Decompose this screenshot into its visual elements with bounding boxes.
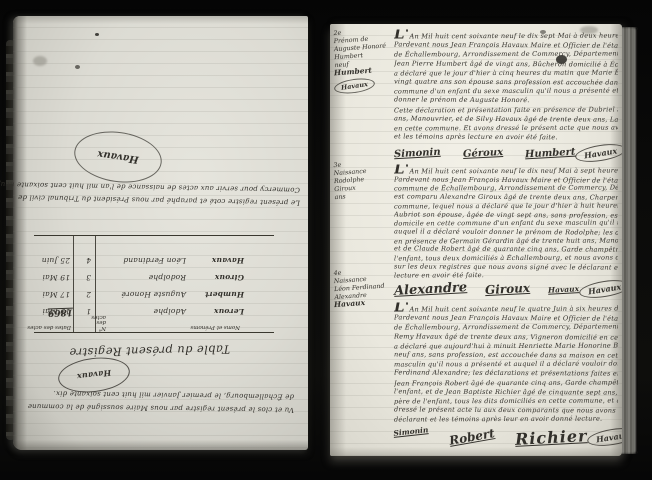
certification-line: Commercy pour servir aux actes de naissa…: [0, 179, 300, 194]
margin-note-act2: 2ePrénom deAuguste HonoréHumbertneuf Hum…: [334, 28, 396, 93]
table-row: Leroux Adolphe 1 19 Mai: [34, 301, 274, 316]
left-page: Vu et clos le présent registre par nous …: [13, 16, 308, 450]
signatures: SimoninRobertRichier: [394, 428, 587, 447]
birth-act-record: L'An Mil huit cent soixante neuf le dix …: [394, 29, 618, 142]
margin-note-lines: 3eNaissanceRodolpheGirouxans: [333, 159, 396, 201]
signature: Richier: [514, 426, 587, 449]
page-fore-edge: [622, 27, 638, 454]
index-table: Noms et Prénoms N° des actes Dates des a…: [34, 235, 274, 333]
record-line: Ferdinand Alexandre; les déclarations et…: [394, 369, 618, 379]
table-cell-date: 17 Mai: [42, 290, 70, 299]
signature: Humbert: [524, 146, 575, 160]
margin-note-lines: 4eNaissanceLéon FerdinandAlexandre: [333, 267, 396, 301]
margin-oval-signature: Havaux: [333, 76, 376, 96]
margin-signature: Humbert: [334, 67, 372, 78]
table-row: Humbert Auguste Honoré 2 17 Mai: [34, 284, 274, 299]
birth-act-record: L'An Mil huit cent soixante neuf le dix …: [394, 164, 618, 280]
signature: Géroux: [462, 146, 503, 159]
table-cell-date: 19 Mai: [42, 273, 70, 282]
table-cell-numero: 1: [86, 307, 91, 316]
signature: Robert: [448, 426, 496, 448]
margin-note-act4: 4eNaissanceLéon FerdinandAlexandre Havau…: [334, 268, 396, 309]
judge-flourish-signature: Havaux: [71, 126, 165, 188]
table-cell-nom: Leroux: [214, 307, 244, 316]
signature: Simonin: [393, 425, 429, 438]
table-cell-nom: Havaux: [212, 256, 244, 265]
table-cell-prenoms: Rodolphe: [148, 273, 186, 282]
table-title: Table du présent Registre: [69, 342, 230, 359]
margin-note-act3: 3eNaissanceRodolpheGirouxans: [334, 160, 396, 200]
left-page-rotated-content: Vu et clos le présent registre par nous …: [13, 16, 308, 450]
table-cell-numero: 4: [86, 256, 91, 265]
closing-note-line: Vu et clos le présent registre par nous …: [28, 401, 295, 414]
margin-note-lines: 2ePrénom deAuguste HonoréHumbertneuf: [333, 27, 396, 69]
column-header-names: Noms et Prénoms: [190, 324, 240, 330]
signature-row: SimoninGérouxHumbert Havaux: [394, 142, 618, 164]
table-cell-nom: Giroux: [215, 273, 244, 282]
record-line: de Échallembourg, Arrondissement de Comm…: [394, 50, 618, 60]
signature: Giroux: [485, 281, 531, 297]
table-cell-nom: Humbert: [205, 290, 244, 299]
signature: Simonin: [394, 146, 441, 159]
certification-line: Le présent registre coté et paraphé par …: [18, 192, 300, 206]
table-cell-numero: 2: [86, 290, 91, 299]
table-cell-numero: 3: [86, 273, 91, 282]
signature-row: AlexandreGirouxHavaux Havaux: [394, 277, 618, 301]
table-cell-prenoms: Auguste Honoré: [121, 290, 186, 299]
table-cell-prenoms: Léon Ferdinand: [123, 256, 186, 265]
signatures: AlexandreGirouxHavaux: [394, 282, 579, 297]
table-cell-prenoms: Adolphe: [153, 307, 186, 316]
signature-row: SimoninRobertRichier Havaux: [394, 424, 618, 450]
signature: Havaux: [548, 284, 580, 295]
birth-act-record: L'An Mil huit cent soixante neuf le quat…: [394, 302, 618, 425]
column-header-act-dates: Dates des actes: [27, 324, 71, 330]
record-line: L'An Mil huit cent soixante neuf le dix …: [394, 164, 618, 177]
record-line: donner le prénom de Auguste Honoré.: [394, 96, 618, 106]
record-line: commune, lequel nous a déclaré que le jo…: [394, 201, 618, 211]
margin-signature: Havaux: [334, 299, 366, 309]
table-cell-date: 25 Juin: [42, 256, 70, 265]
mayor-oval-signature: Havaux: [574, 141, 627, 165]
table-row: Giroux Rodolphe 3 19 Mai: [34, 267, 274, 282]
signature: Alexandre: [394, 280, 468, 299]
table-row: Havaux Léon Ferdinand 4 25 Juin: [34, 250, 274, 265]
table-cell-date: 19 Mai: [42, 307, 70, 316]
record-line: de Échallembourg, Arrondissement de Comm…: [394, 323, 618, 333]
signatures: SimoninGérouxHumbert: [394, 148, 575, 159]
right-page: 2ePrénom deAuguste HonoréHumbertneuf Hum…: [330, 24, 622, 456]
scanned-register-spread: Vu et clos le présent registre par nous …: [0, 0, 652, 480]
